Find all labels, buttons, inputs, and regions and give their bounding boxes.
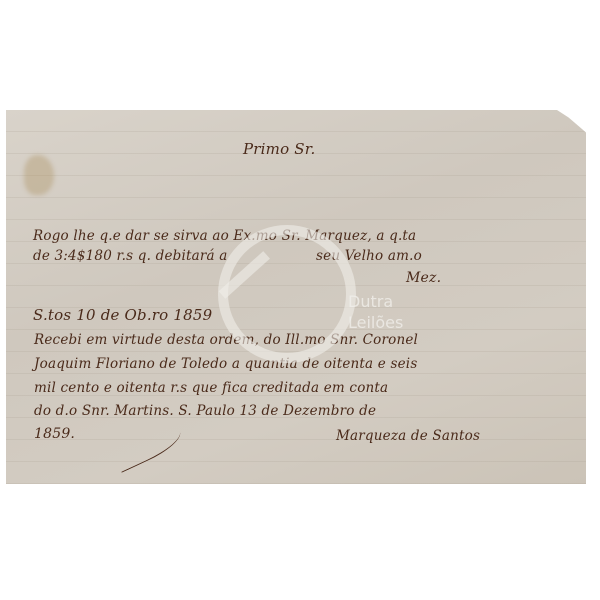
watermark-text-line1: Dutra — [348, 292, 393, 311]
signature: Marqueza de Santos — [336, 428, 480, 444]
receipt-line-3: mil cento e oitenta r.s que fica credita… — [34, 380, 388, 396]
document-heading: Primo Sr. — [243, 140, 315, 158]
receipt-line-5: 1859. — [34, 426, 75, 442]
date-line: S.tos 10 de Ob.ro 1859 — [33, 306, 212, 324]
order-signature: Mez. — [406, 270, 441, 286]
receipt-line-4: do d.o Snr. Martins. S. Paulo 13 de Deze… — [34, 403, 376, 419]
receipt-line-1: Recebi em virtude desta ordem, do Ill.mo… — [34, 332, 418, 348]
receipt-line-2: Joaquim Floriano de Toledo a quantia de … — [34, 356, 417, 372]
order-line-2: de 3:4$180 r.s q. debitará a — [33, 248, 228, 264]
watermark-text-line2: Leilões — [348, 313, 403, 332]
watermark-logo-icon — [218, 225, 356, 363]
water-stain — [24, 155, 54, 195]
order-line-1: Rogo lhe q.e dar se sirva ao Ex.mo Sr. M… — [33, 228, 416, 244]
